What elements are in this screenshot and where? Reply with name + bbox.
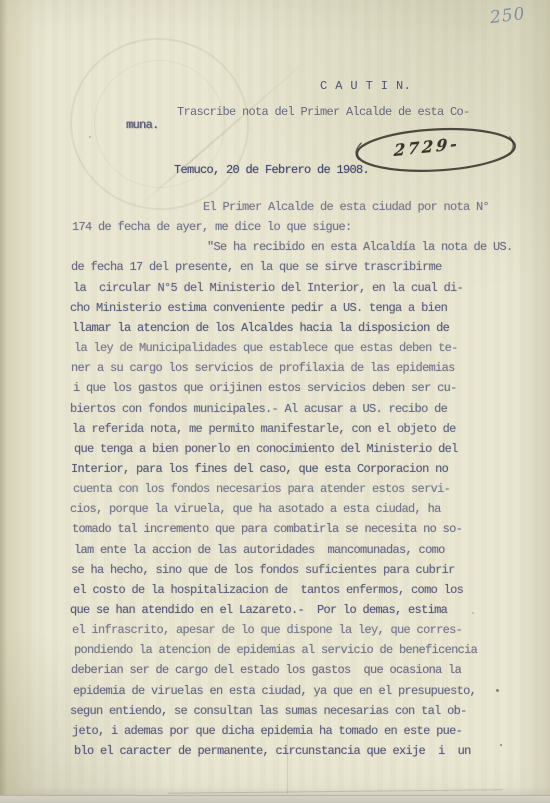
typed-line: la referida nota, me permito manifestarl… <box>72 422 456 436</box>
paper-speck <box>500 744 502 746</box>
summary-line-2: muna. <box>126 118 159 132</box>
typed-line: el costo de la hospitalizacion de tantos… <box>73 583 463 597</box>
document-page: 250 C A U T I N. Trascribe nota del Prim… <box>0 0 550 803</box>
typed-line: que se han atendido en el Lazareto.- Por… <box>70 603 447 617</box>
typed-line: epidemia de viruelas en esta ciudad, ya … <box>73 684 476 698</box>
folio-number: 250 <box>489 4 527 28</box>
page-bottom-edge <box>0 795 550 803</box>
typed-line: deberian ser de cargo del estado los gas… <box>71 663 461 677</box>
typed-line: el infrascrito, apesar de lo que dispone… <box>72 623 462 637</box>
typed-line: Interior, para los fines del caso, que e… <box>71 462 448 476</box>
typed-line: biertos con fondos municipales.- Al acus… <box>70 402 447 416</box>
region-header: C A U T I N. <box>320 79 411 93</box>
dateline: Temuco, 20 de Febrero de 1908. <box>174 163 369 177</box>
typed-line: se ha hecho, sino que de los fondos sufi… <box>71 563 455 577</box>
typed-line: jeto, i ademas por que dicha epidemia ha… <box>72 724 462 738</box>
typed-line: cios, porque la viruela, que ha asotado … <box>70 502 441 516</box>
typed-line: i que los gastos que orijinen estos serv… <box>73 381 457 395</box>
typed-line: la ley de Municipalidades que establece … <box>74 341 458 355</box>
typed-line: cho Ministerio estima conveniente pedir … <box>70 301 447 315</box>
paper-speck <box>472 612 474 614</box>
typed-line: El Primer Alcalde de esta ciudad por not… <box>203 200 489 214</box>
typed-line: lam ente la accion de las autoridades ma… <box>74 543 445 557</box>
typed-line: blo el caracter de permanente, circunsta… <box>74 744 471 758</box>
typed-line: ner a su cargo los servicios de profilax… <box>71 361 455 375</box>
paper-speck <box>496 689 499 692</box>
summary-line-1: Trascribe nota del Primer Alcalde de est… <box>177 105 470 119</box>
typed-line: pondiendo la atencion de epidemias al se… <box>74 643 477 657</box>
typed-line: que tenga a bien ponerlo en conocimiento… <box>74 442 458 456</box>
typed-line: de fecha 17 del presente, en la que se s… <box>71 260 442 274</box>
typed-line: 174 de fecha de ayer, me dice lo que sig… <box>72 220 352 234</box>
typed-line: segun entiendo, se consultan las sumas n… <box>70 704 467 718</box>
typed-line: "Se ha recibido en esta Alcaldía la nota… <box>207 240 513 254</box>
typed-line: llamar la atencion de los Alcaldes hacia… <box>72 321 449 335</box>
typed-line: la circular N°5 del Ministerio del Inter… <box>73 281 463 295</box>
paper-crease-vertical <box>287 736 288 794</box>
typed-line: tomado tal incremento que para combatirl… <box>72 522 462 536</box>
registry-oval-stamp: 2729- <box>351 122 519 181</box>
paper-speck <box>89 136 91 138</box>
typed-line: cuenta con los fondos necesarios para at… <box>73 482 450 496</box>
paper-fold-bottom <box>168 789 503 794</box>
